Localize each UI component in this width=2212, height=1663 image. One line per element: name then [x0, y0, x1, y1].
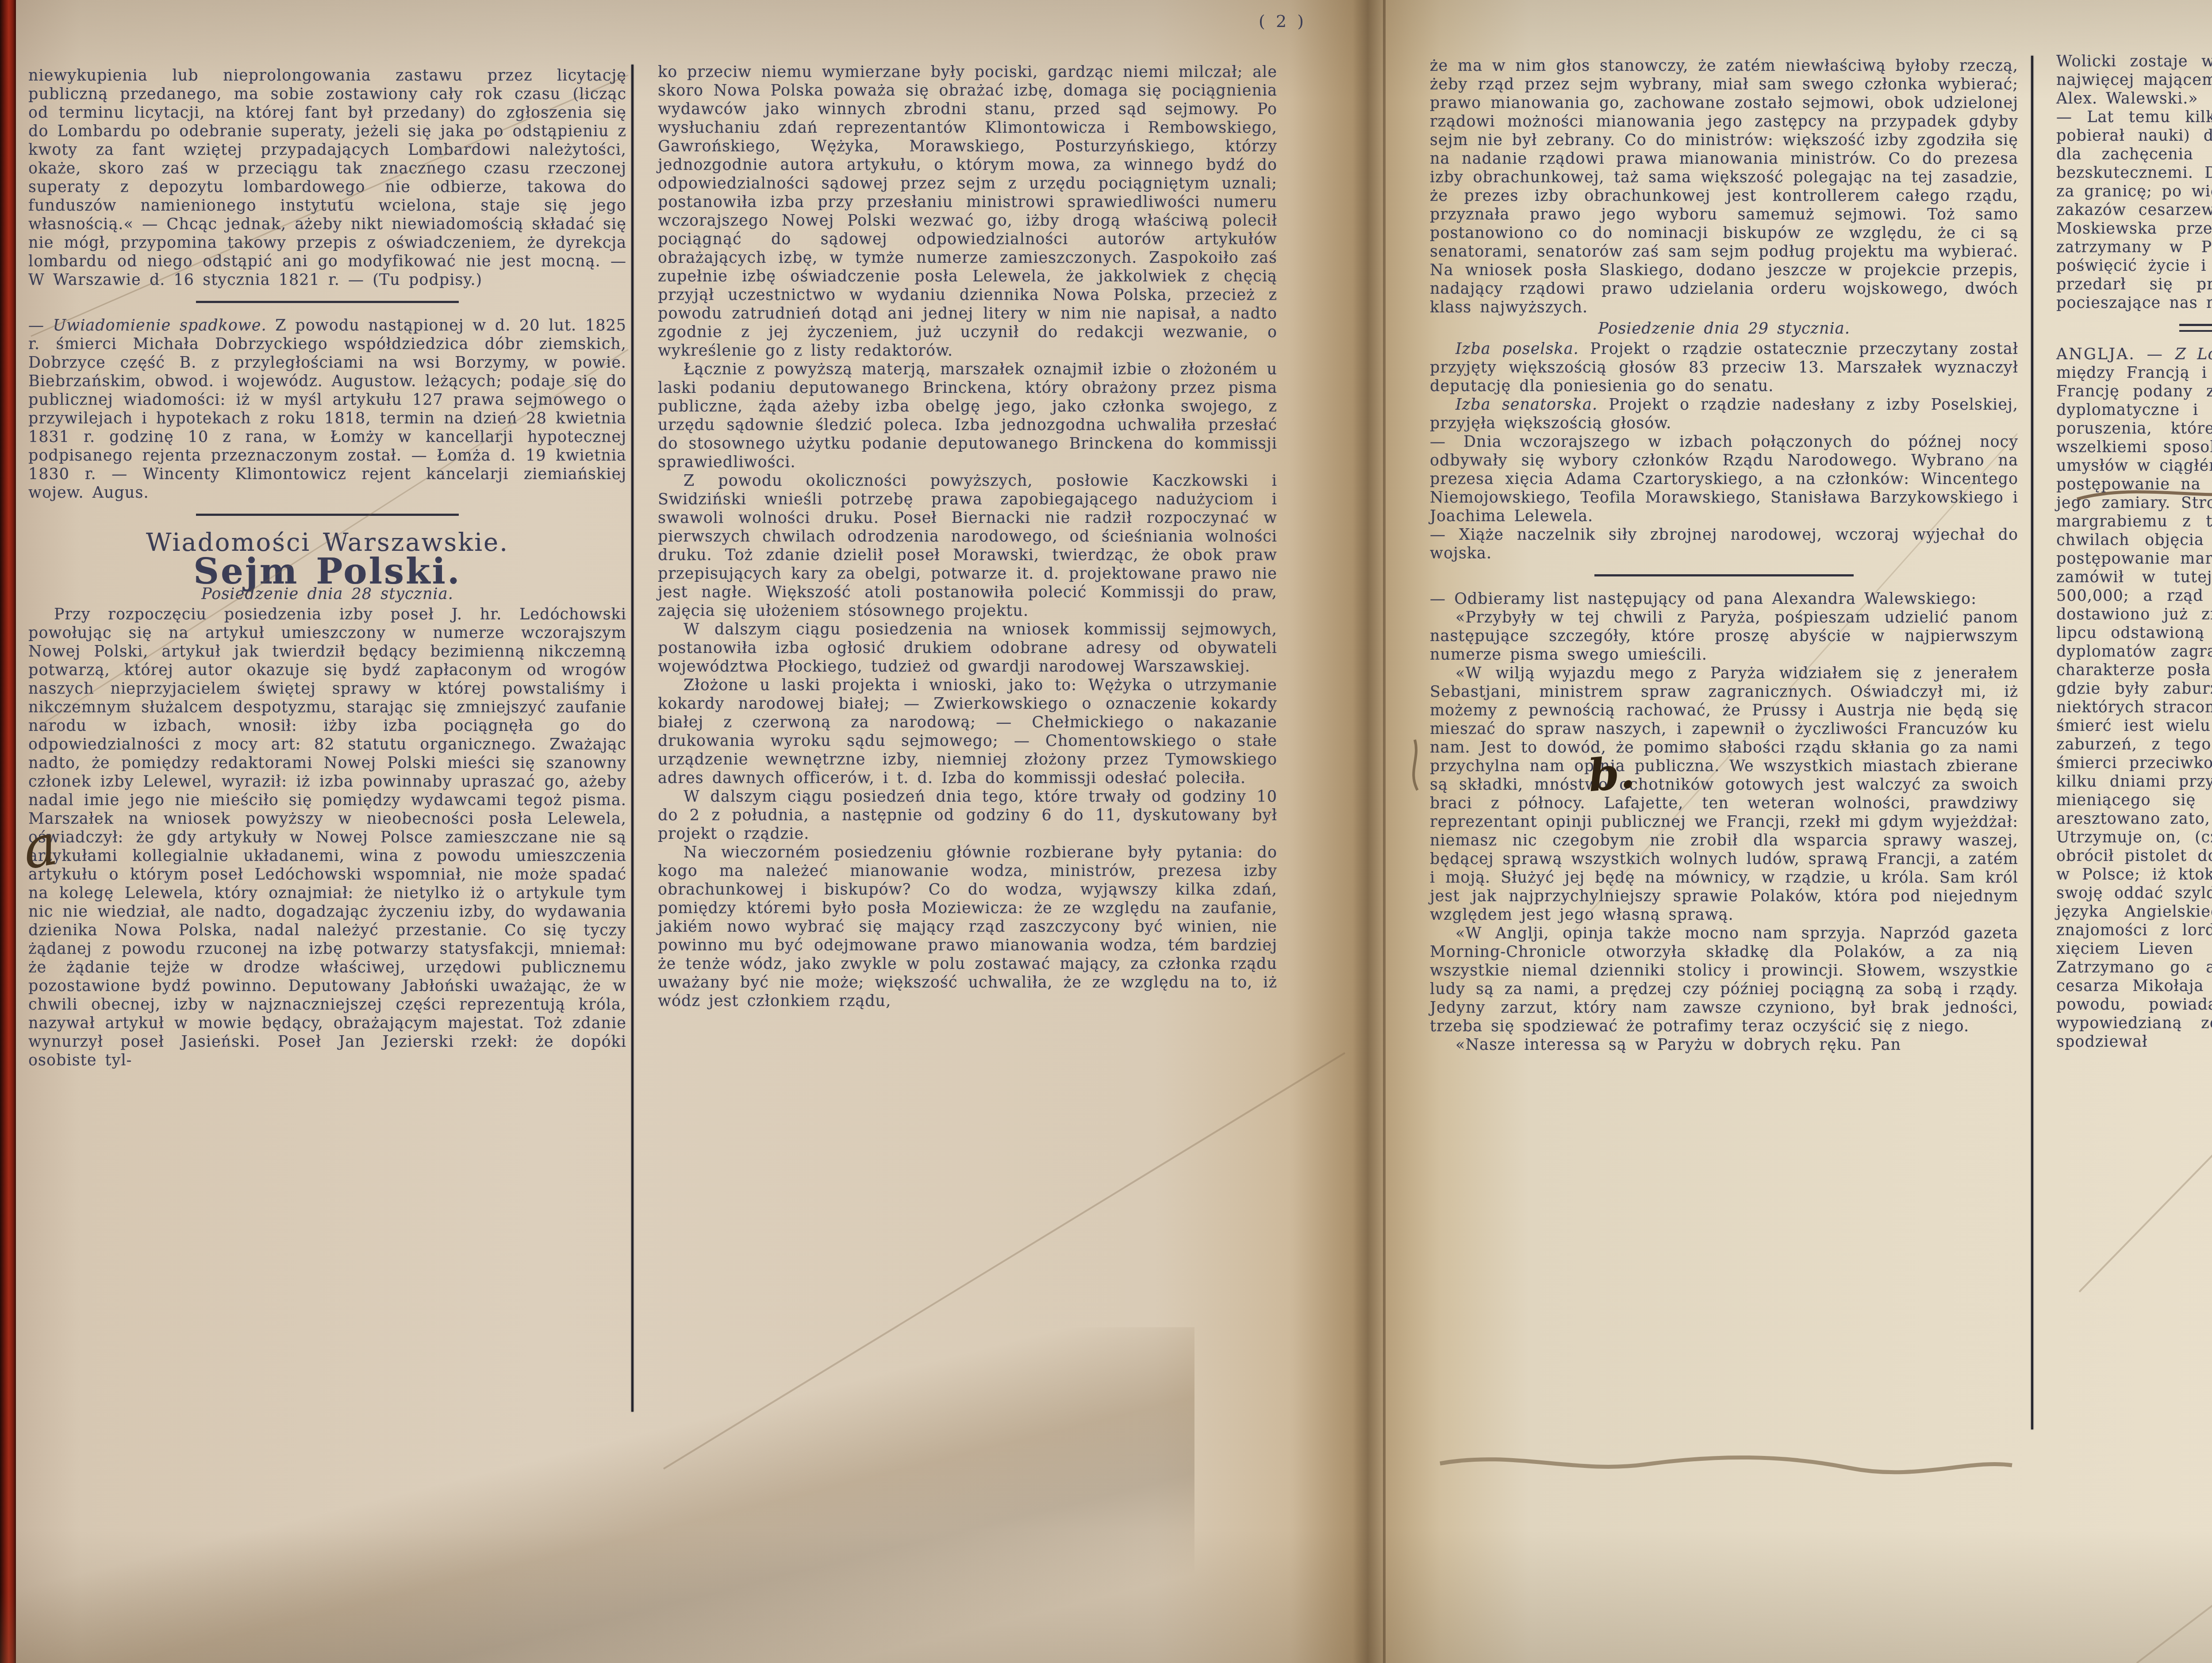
paper-crease-lines	[31, 75, 2212, 1663]
newspaper-scan: ( 2 ) ( 3 ) niewykupienia lub nieprolong…	[0, 0, 2212, 1663]
pencil-squiggle-underline	[1440, 1457, 2012, 1472]
handwritten-annotations	[0, 0, 2212, 1663]
ink-scratch-left-margin	[1413, 740, 1417, 790]
ink-line-over-anglja-heading	[2077, 483, 2212, 499]
